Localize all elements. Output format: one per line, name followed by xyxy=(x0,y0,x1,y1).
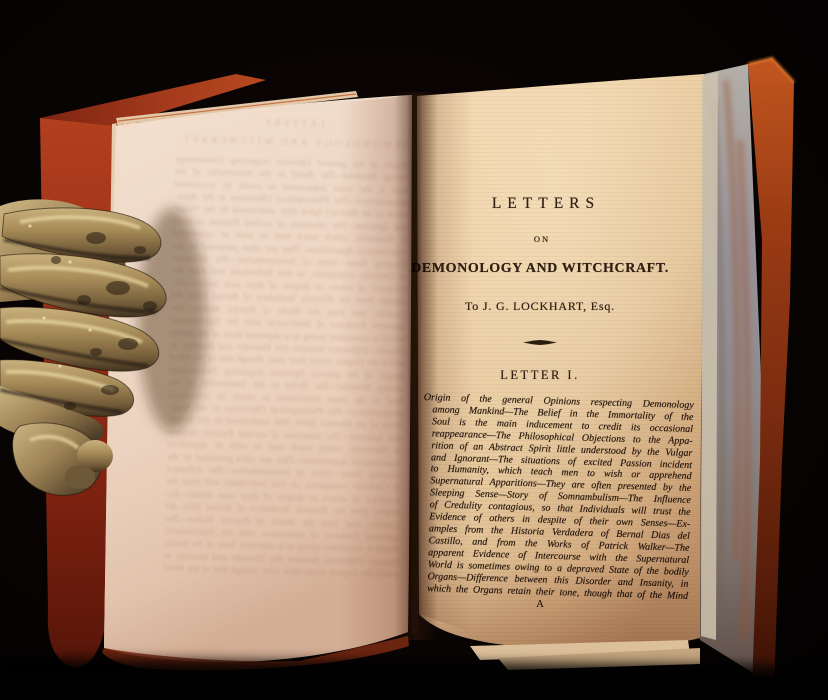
right-page-text: LETTERS ON DEMONOLOGY AND WITCHCRAFT. To… xyxy=(402,0,678,700)
left-page-bleedthrough: LETTERSDEMONOLOGY AND WITCHCRAFT.Origin … xyxy=(164,115,412,582)
photo-stage: LETTERSDEMONOLOGY AND WITCHCRAFT.Origin … xyxy=(0,0,828,700)
book-title-on: ON xyxy=(402,234,680,244)
signature-mark: A xyxy=(402,599,678,610)
lozenge-divider xyxy=(523,340,557,345)
right-inner-page-layers xyxy=(701,72,718,640)
book-title: LETTERS xyxy=(402,195,684,213)
bleedthrough-line: DEMONOLOGY AND WITCHCRAFT. xyxy=(176,134,411,153)
letter-heading: LETTER I. xyxy=(402,368,678,383)
hand-lower-bump xyxy=(65,465,95,489)
dedication-line: To J. G. LOCKHART, Esq. xyxy=(402,299,678,314)
letter-summary-paragraph: Origin of the general Opinions respectin… xyxy=(418,392,694,602)
book-subtitle: DEMONOLOGY AND WITCHCRAFT. xyxy=(402,261,678,277)
